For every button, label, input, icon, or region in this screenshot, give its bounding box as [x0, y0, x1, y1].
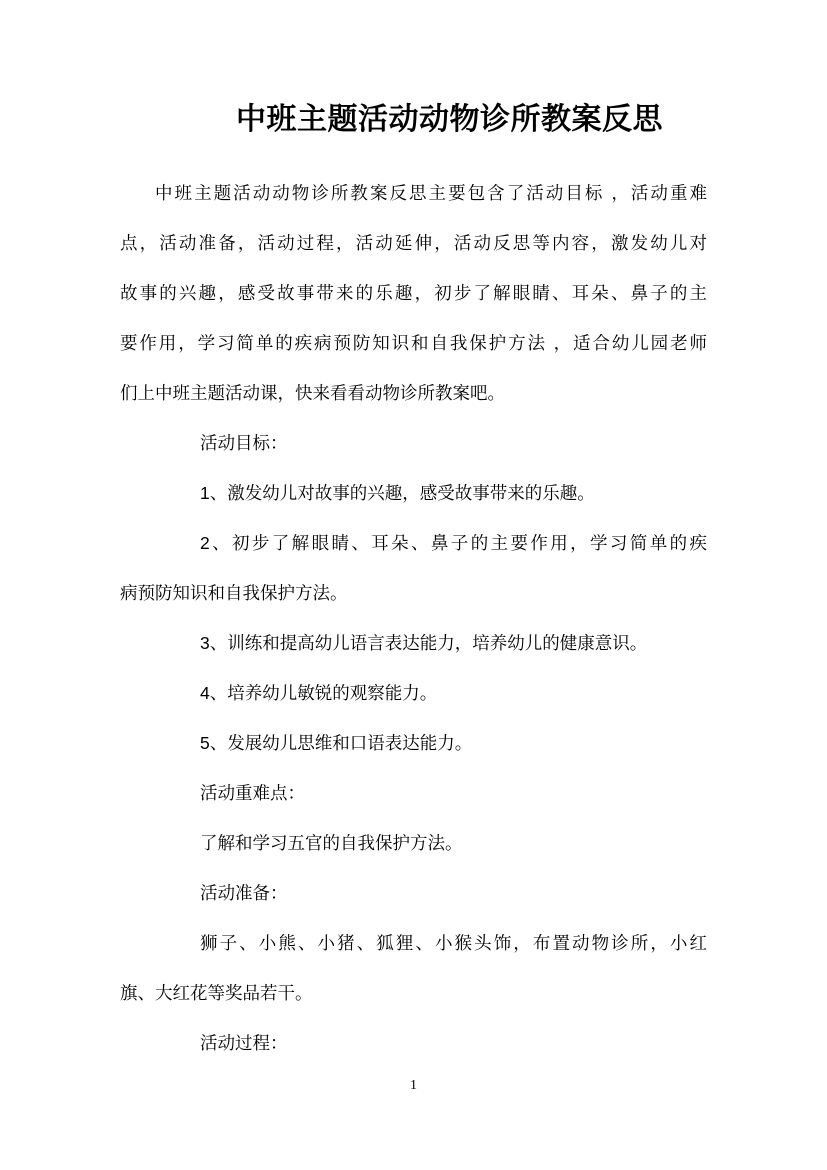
text-line: 了解和学习五官的自我保护方法。 — [120, 818, 707, 868]
section-heading: 活动目标： — [120, 418, 707, 468]
page-number: 1 — [0, 1076, 827, 1096]
section-heading: 活动过程： — [120, 1018, 707, 1068]
text-line: 病预防知识和自我保护方法。 — [120, 568, 707, 618]
text-line: 1、激发幼儿对故事的兴趣，感受故事带来的乐趣。 — [120, 468, 707, 518]
document-title: 中班主题活动动物诊所教案反思 — [120, 98, 707, 142]
text-line: 中班主题活动动物诊所教案反思主要包含了活动目标 ，活动重难 — [120, 168, 707, 218]
text-line: 故事的兴趣，感受故事带来的乐趣，初步了解眼睛、耳朵、鼻子的主 — [120, 268, 707, 318]
text-line: 狮子、小熊、小猪、狐狸、小猴头饰，布置动物诊所，小红 — [120, 918, 707, 968]
text-line: 3、训练和提高幼儿语言表达能力，培养幼儿的健康意识。 — [120, 618, 707, 668]
section-heading: 活动重难点： — [120, 768, 707, 818]
text-line: 点，活动准备，活动过程，活动延伸，活动反思等内容，激发幼儿对 — [120, 218, 707, 268]
section-heading: 活动准备： — [120, 868, 707, 918]
text-line: 旗、大红花等奖品若干。 — [120, 968, 707, 1018]
text-line: 4、培养幼儿敏锐的观察能力。 — [120, 668, 707, 718]
document-page: 中班主题活动动物诊所教案反思 中班主题活动动物诊所教案反思主要包含了活动目标 ，… — [0, 0, 827, 1170]
text-line: 们上中班主题活动课，快来看看动物诊所教案吧。 — [120, 368, 707, 418]
document-body: 中班主题活动动物诊所教案反思主要包含了活动目标 ，活动重难 点，活动准备，活动过… — [120, 168, 707, 1068]
text-line: 5、发展幼儿思维和口语表达能力。 — [120, 718, 707, 768]
text-line: 要作用，学习简单的疾病预防知识和自我保护方法 ，适合幼儿园老师 — [120, 318, 707, 368]
text-line: 2、初步了解眼睛、耳朵、鼻子的主要作用，学习简单的疾 — [120, 518, 707, 568]
